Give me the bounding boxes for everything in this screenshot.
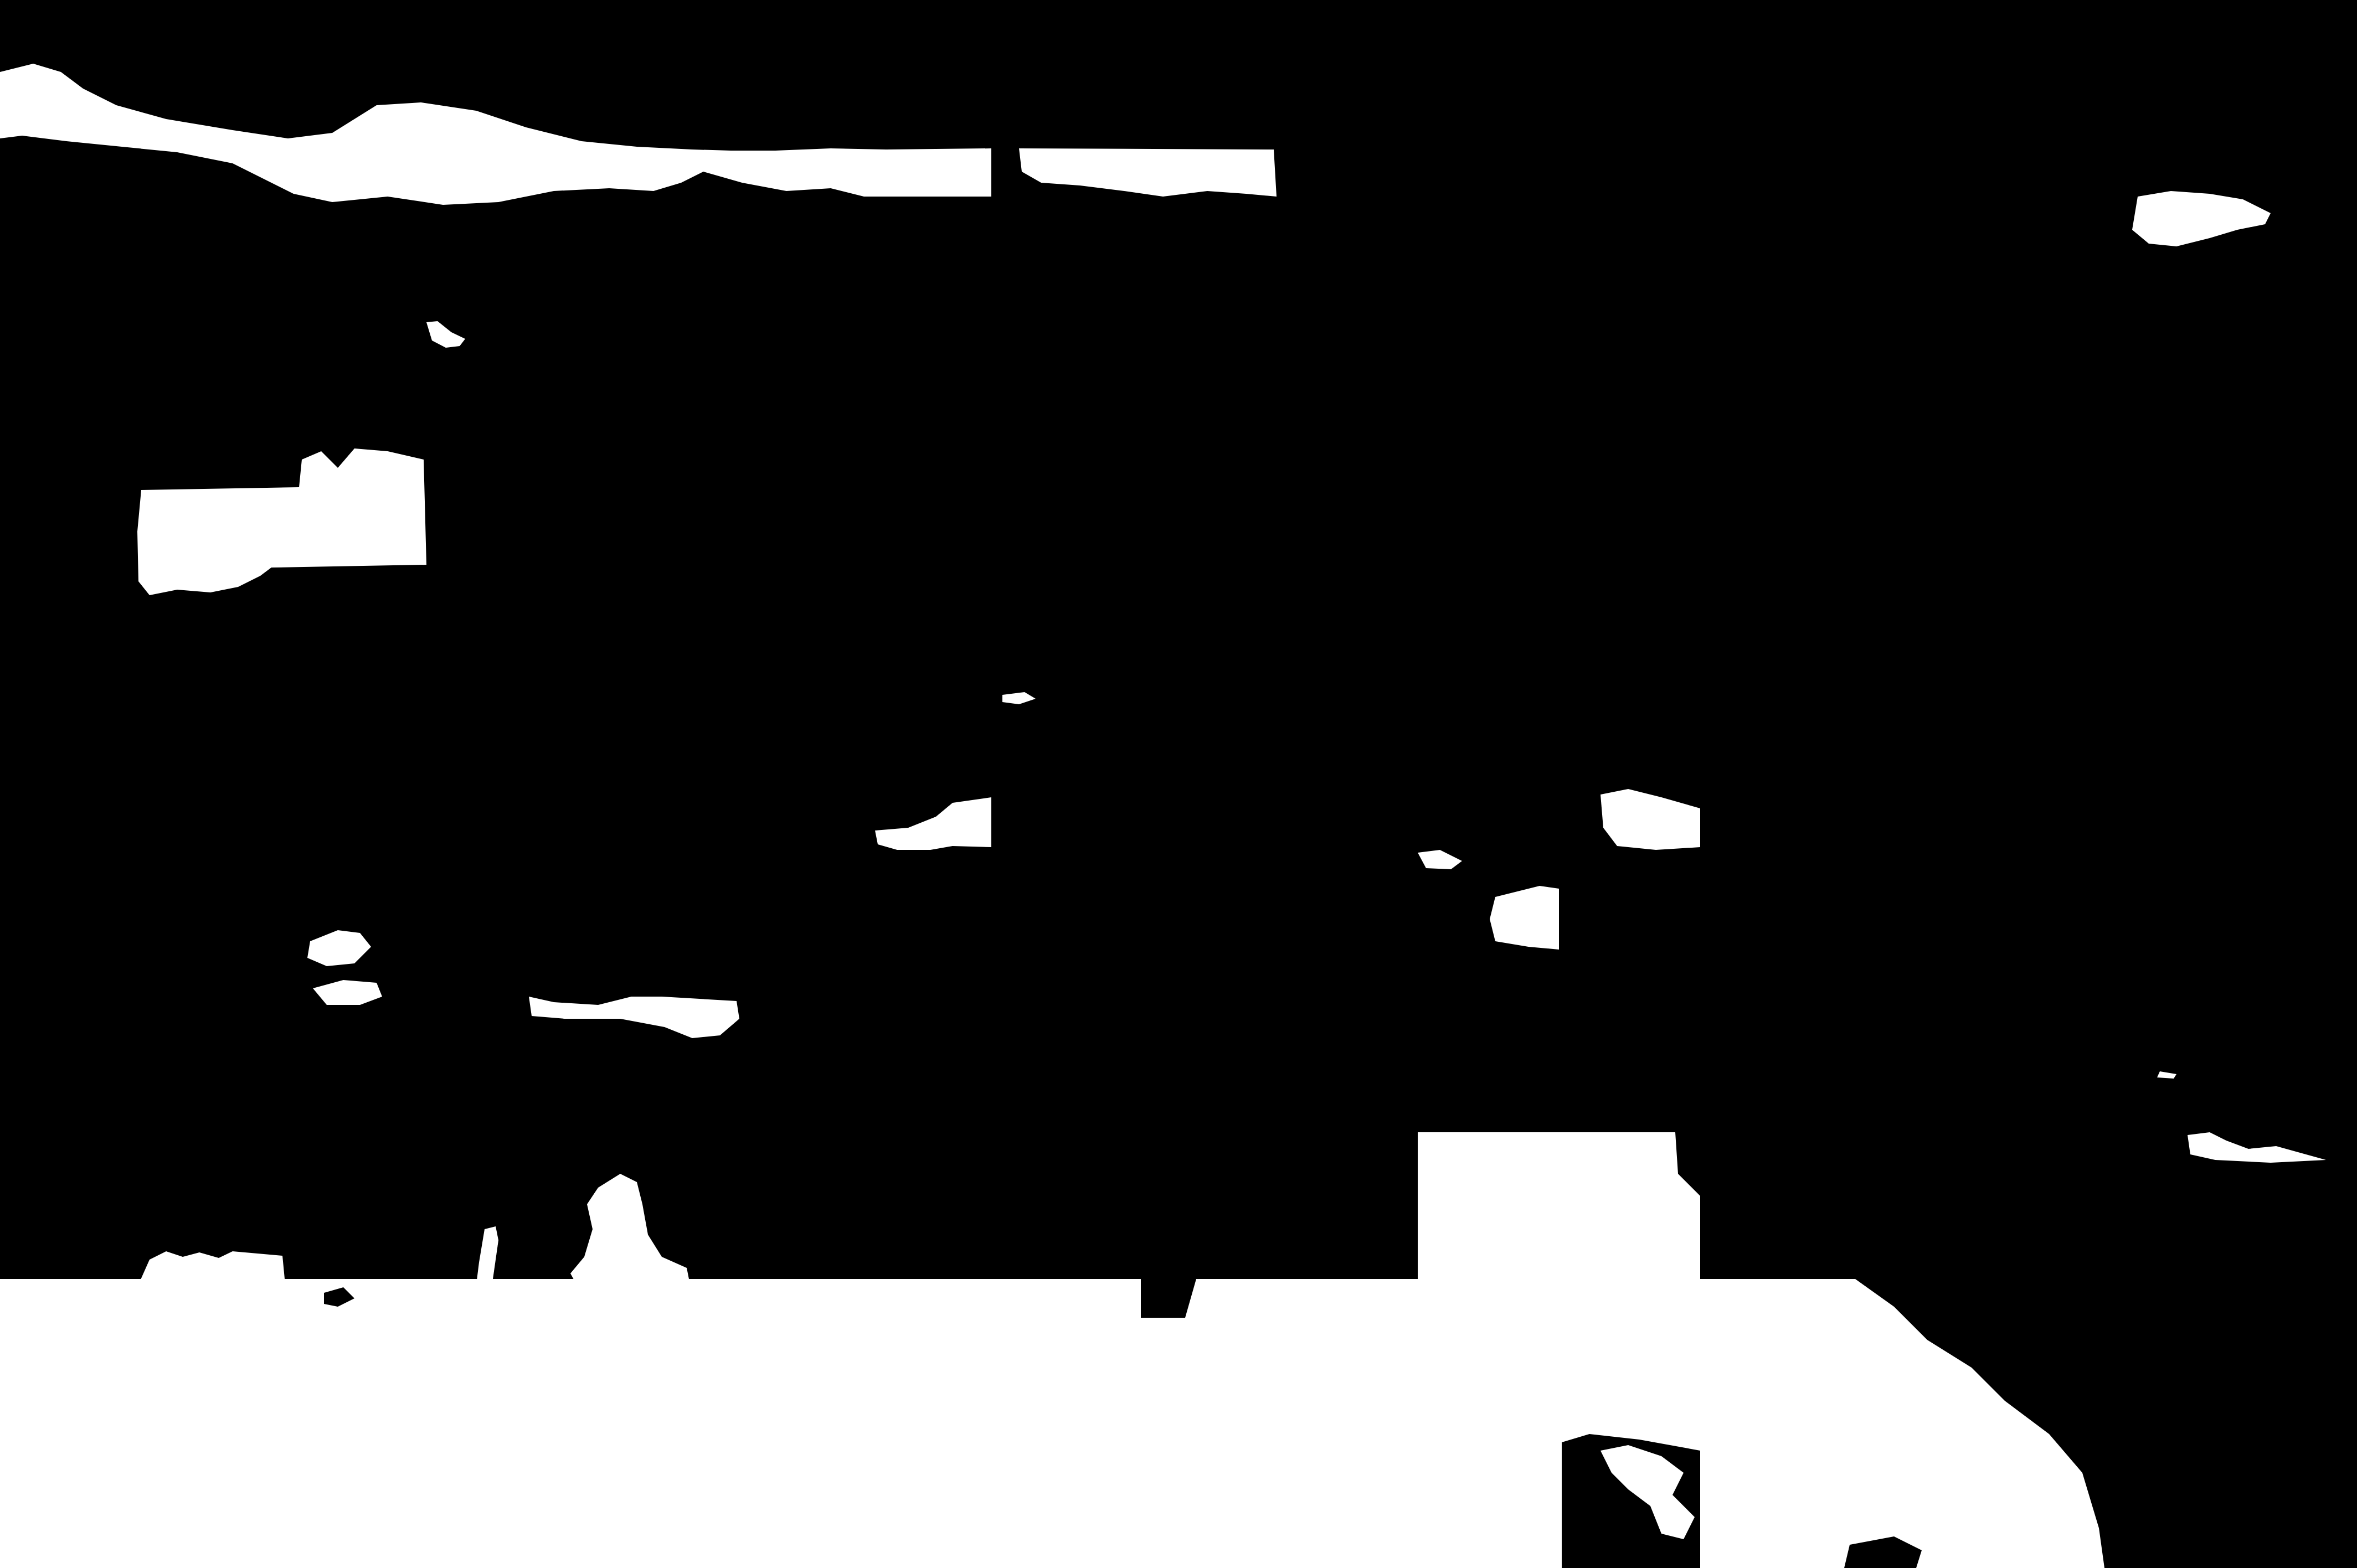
block-center-right: [1418, 1132, 1700, 1279]
foreground-ground-bottom: [0, 1279, 2104, 1568]
segmentation-mask: [0, 0, 2357, 1568]
